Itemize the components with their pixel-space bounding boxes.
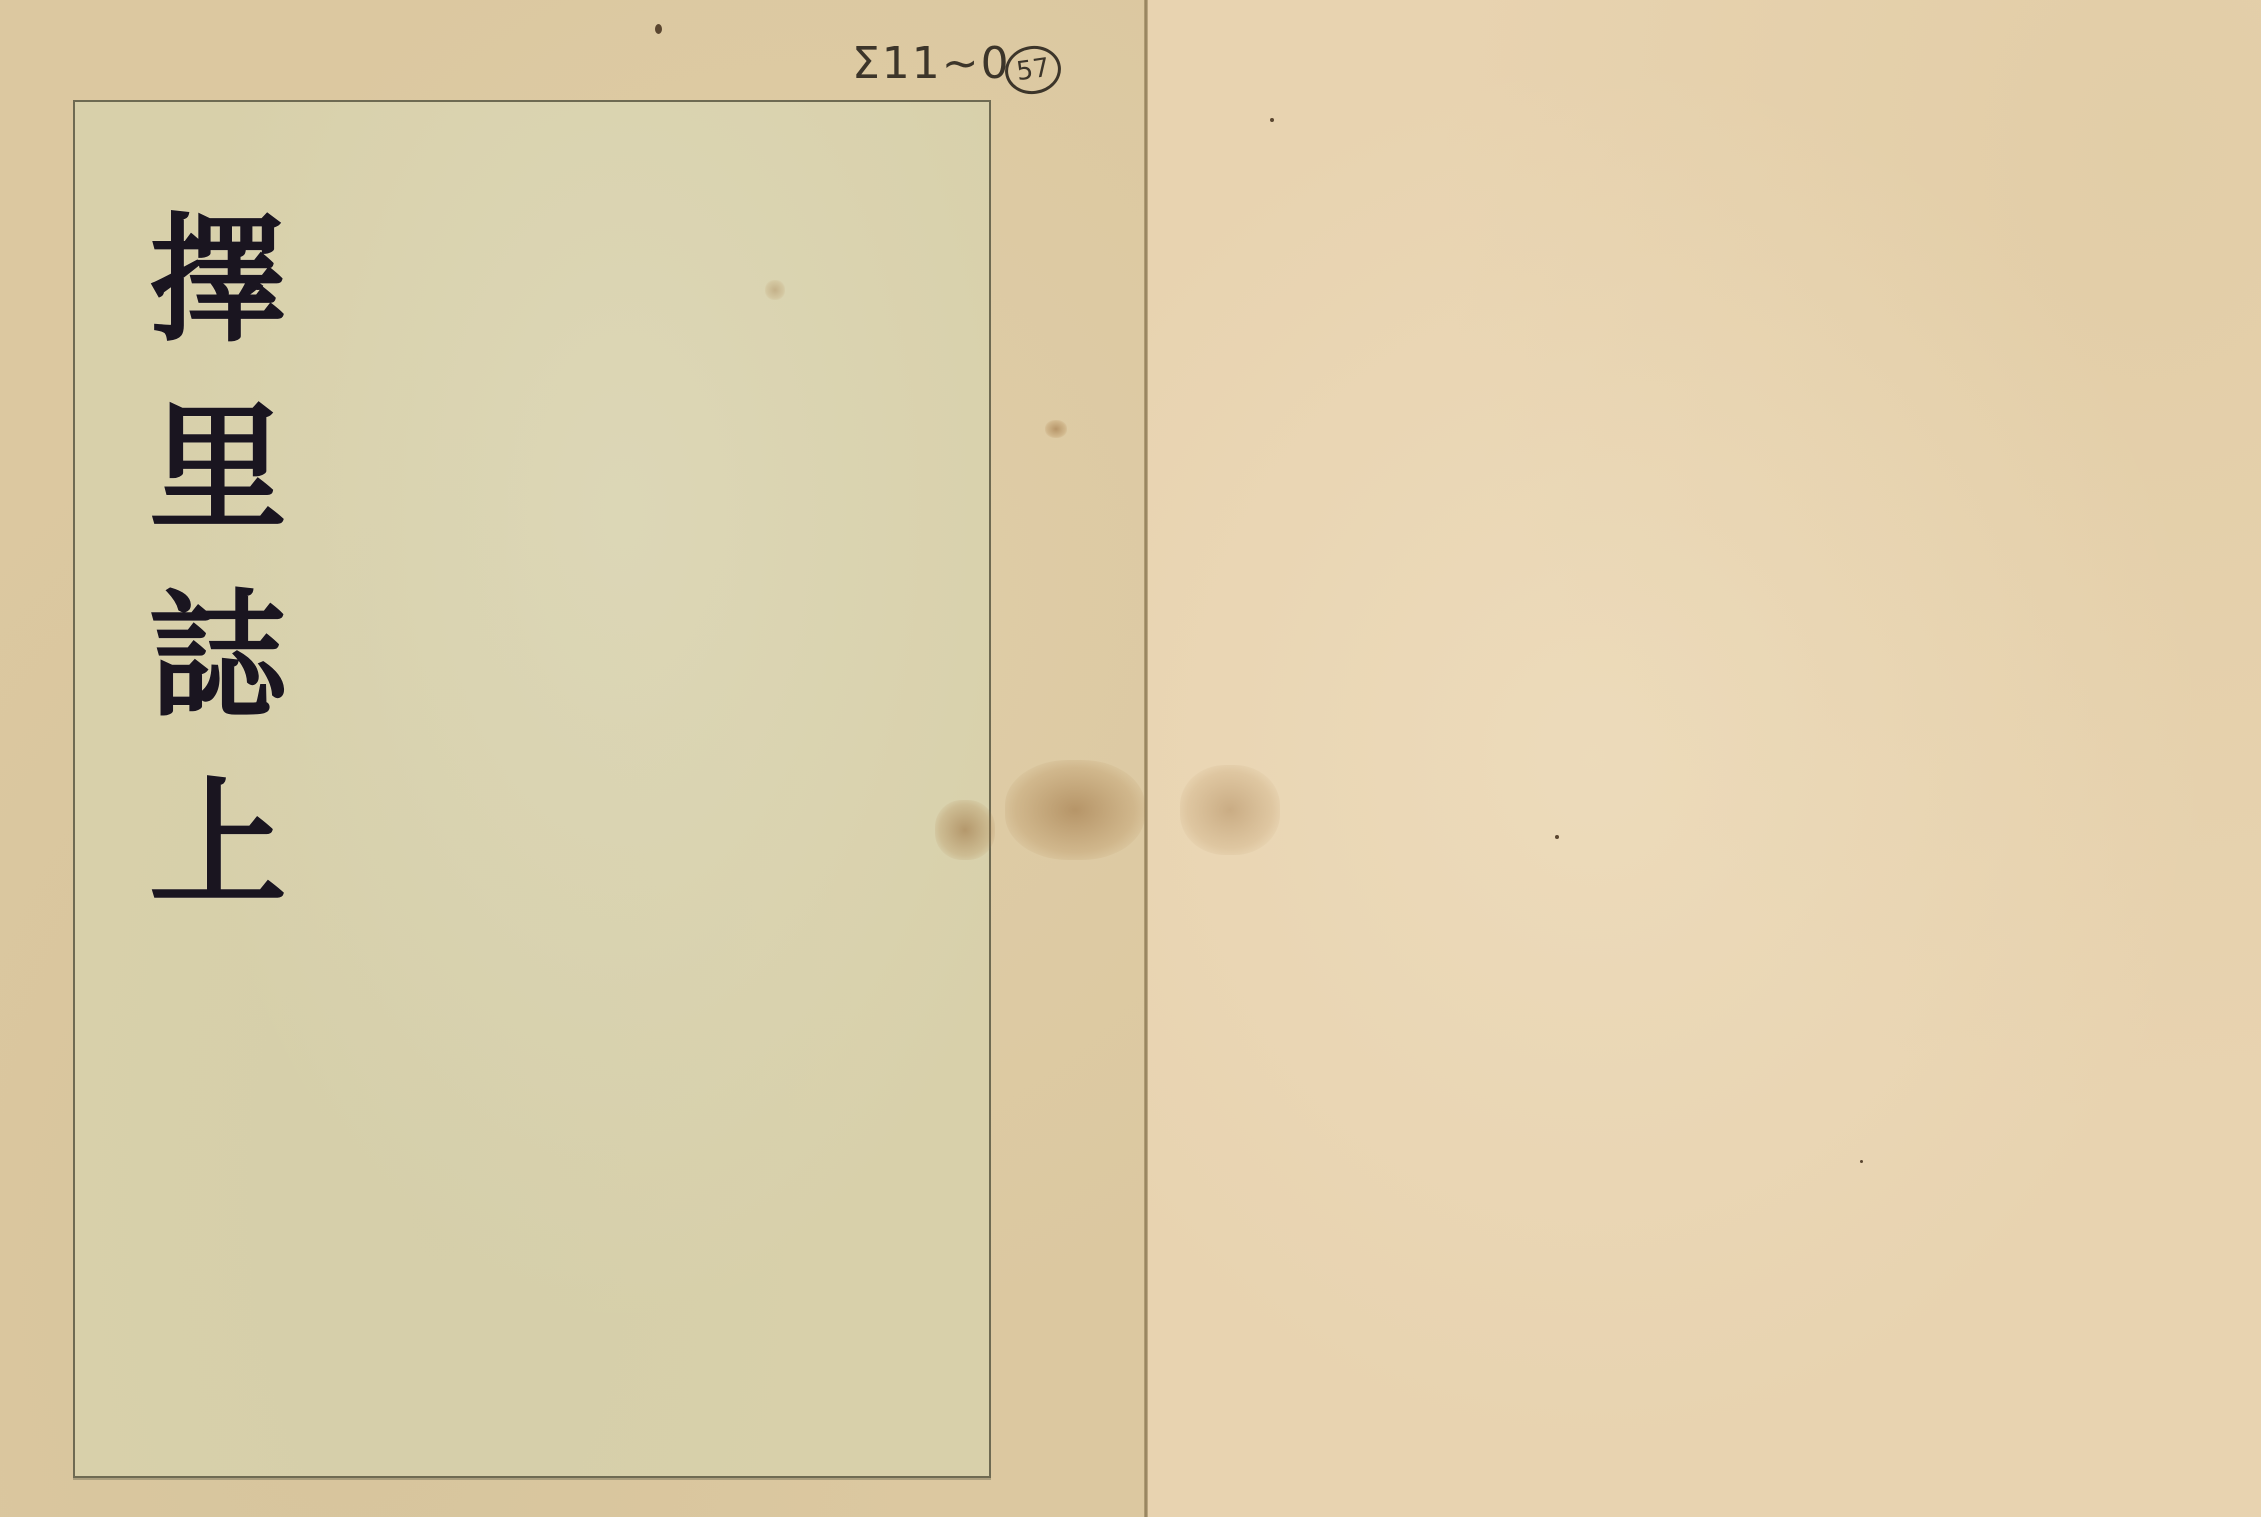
ink-speck <box>1860 1160 1863 1163</box>
handwritten-shelfmark: Σ11~0 <box>852 38 1011 89</box>
cover-title: 擇 里 誌 上 <box>118 205 318 919</box>
title-char-3: 誌 <box>149 581 287 731</box>
title-char-2: 里 <box>149 393 287 543</box>
water-stain-left <box>935 800 995 860</box>
foxing-spot <box>1045 420 1067 438</box>
title-char-4-volume: 上 <box>149 769 287 919</box>
page-gutter <box>1144 0 1148 1517</box>
book-spread: 擇 里 誌 上 Σ11~0 57 <box>0 0 2261 1517</box>
ink-speck <box>1270 118 1274 122</box>
right-page-blank <box>1148 0 2261 1517</box>
title-char-1: 擇 <box>149 205 287 355</box>
ink-speck <box>1555 835 1559 839</box>
water-stain-right <box>1180 765 1280 855</box>
foxing-spot <box>765 280 785 300</box>
ink-speck <box>655 24 662 34</box>
water-stain-center <box>1005 760 1145 860</box>
